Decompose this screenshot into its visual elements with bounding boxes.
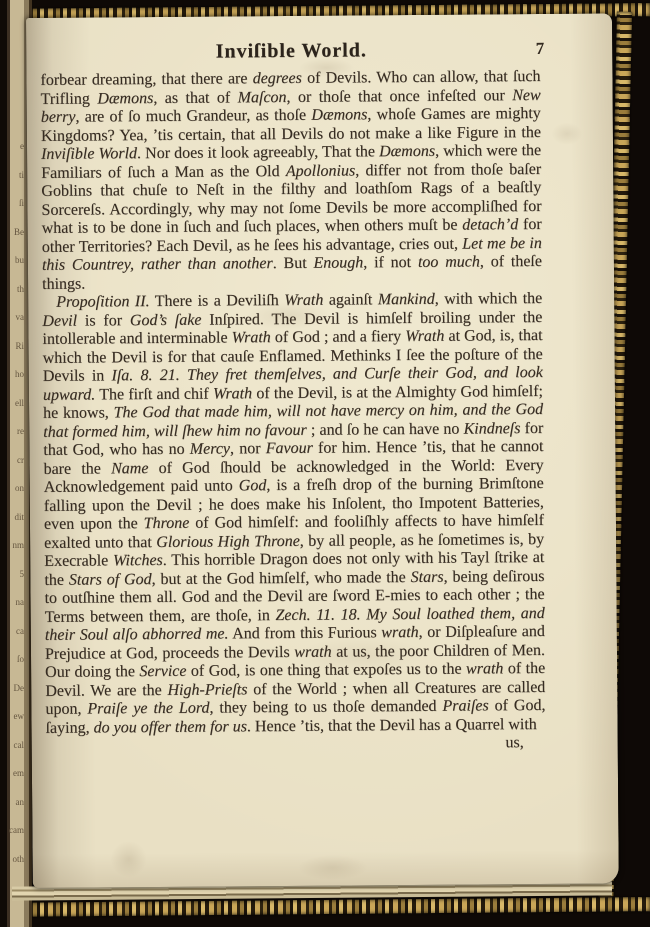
facing-page-text-fragment: re [9, 427, 24, 436]
facing-page-text-fragment: em [9, 769, 24, 778]
italic-text-run: Praiſes [442, 697, 488, 714]
book-photograph: etiſiBebuthvaRihoellrecronditnm5nacaſoDe… [0, 0, 650, 927]
italic-text-run: Inviſible World [41, 145, 137, 163]
italic-text-run: too much [418, 253, 480, 270]
facing-page-text-fragment: ti [9, 171, 24, 180]
running-title: Inviſible World. [40, 38, 542, 65]
italic-text-run: Witches [113, 552, 163, 569]
italic-text-run: Wrath [405, 328, 444, 345]
text-run: . Nor does it look agreeably, That the [137, 143, 379, 162]
text-run: . But [273, 255, 314, 272]
text-run: There is a Deviliſh [149, 292, 284, 310]
text-run: , they being to us thoſe demanded [209, 698, 442, 717]
italic-text-run: Kindneſs [463, 420, 520, 437]
text-run: is for [77, 312, 130, 329]
italic-text-run: Propoſition II. [56, 293, 149, 311]
text-run: . Hence ’tis, that the Devil has a Quarr… [247, 716, 537, 735]
italic-text-run: Service [139, 663, 186, 680]
facing-page-text-fragment: bu [9, 256, 24, 265]
facing-page-text-fragment: dit [9, 513, 24, 522]
text-run: , nor [230, 440, 266, 457]
italic-text-run: Favour [266, 440, 313, 457]
italic-text-run: Dæmons [379, 143, 435, 160]
facing-page-text-fragment: e [9, 142, 24, 151]
facing-page-text-fragment: cam [9, 826, 24, 835]
facing-page-text-fragment: va [9, 313, 24, 322]
italic-text-run: Wrath [232, 329, 271, 346]
italic-text-run: wrath [381, 624, 418, 641]
facing-page-text-fragment: Be [9, 228, 24, 237]
text-run: againſt [323, 291, 378, 308]
italic-text-run: Apollonius [286, 162, 355, 180]
page-header: Inviſible World. 7 [40, 38, 542, 68]
italic-text-run: Wrath [213, 385, 252, 402]
text-run: And from this Furious [228, 624, 381, 642]
facing-page-text-fragment: cr [9, 456, 24, 465]
text-run: of God ; and a fiery [271, 328, 406, 346]
text-run: , are of ſo much Grandeur, as thoſe [75, 107, 311, 126]
text-run: , with which the [435, 290, 543, 308]
text-run: of God, is one thing that expoſes us to … [186, 661, 466, 680]
italic-text-run: Glorious High Throne [156, 532, 300, 550]
page-number: 7 [536, 39, 545, 59]
text-run: forbear dreaming, that there are [40, 70, 252, 89]
italic-text-run: Stars of God [69, 571, 152, 589]
facing-page-text-fragment: ca [9, 627, 24, 636]
italic-text-run: High-Prieſts [167, 681, 247, 699]
facing-page-text-fragment: ho [9, 370, 24, 379]
facing-page-text-fragment: Ri [9, 342, 24, 351]
italic-text-run: Devil [42, 312, 77, 329]
italic-text-run: detach’d [462, 216, 518, 233]
text-run: , but at the God himſelf, who made the [151, 568, 410, 587]
book-page: Inviſible World. 7 forbear dreaming, tha… [26, 13, 619, 888]
italic-text-run: do you offer them for us [94, 718, 247, 736]
italic-text-run: degrees [253, 70, 302, 87]
italic-text-run: Stars [411, 568, 444, 585]
facing-page-text-fragment: ew [9, 712, 24, 721]
facing-page-text-fragment: cal [9, 741, 24, 750]
facing-page-text-fragment: th [9, 285, 24, 294]
facing-page-text-fragment: nm [9, 541, 24, 550]
italic-text-run: Enough [313, 254, 363, 271]
facing-page-text-fragment: ell [9, 399, 24, 408]
gilt-border-bottom [2, 897, 650, 917]
facing-page-text-fragment: De [9, 684, 24, 693]
italic-text-run: Dæmons [311, 106, 367, 123]
text-run: ; and ſo he can have no [307, 420, 464, 438]
italic-text-run: Wrath [284, 292, 323, 309]
facing-page-text-fragment: na [9, 598, 24, 607]
italic-text-run: God [239, 477, 267, 494]
italic-text-run: Praiſe ye the Lord [87, 700, 209, 718]
italic-text-run: Dæmons [97, 90, 153, 107]
italic-text-run: Throne [144, 515, 190, 532]
page-body: forbear dreaming, that there are degrees… [40, 68, 545, 756]
italic-text-run: wrath [294, 643, 331, 660]
text-run: , as that of [153, 89, 237, 107]
text-run: , if not [363, 254, 418, 271]
facing-page-text-fragment: on [9, 484, 24, 493]
italic-text-run: Maſcon [238, 88, 287, 105]
facing-page-text-fragment: oth [9, 855, 24, 864]
italic-text-run: Name [111, 460, 148, 477]
facing-page-text-fragment: ſo [9, 655, 24, 664]
italic-text-run: God’s ſake [130, 311, 202, 329]
text-run: The firſt and chif [95, 385, 213, 403]
italic-text-run: wrath [466, 660, 503, 677]
catchword: us, [46, 734, 524, 756]
paragraph: Propoſition II. There is a Deviliſh Wrat… [42, 290, 545, 738]
italic-text-run: Mercy [190, 440, 230, 457]
italic-text-run: Mankind [378, 291, 435, 308]
text-run: , or thoſe that once infeſted our [286, 87, 512, 106]
facing-page-text-fragment: 5 [9, 570, 24, 579]
facing-page-text-fragment: ſi [9, 199, 24, 208]
paragraph: forbear dreaming, that there are degrees… [40, 68, 542, 294]
facing-page-text-fragment: an [9, 798, 24, 807]
